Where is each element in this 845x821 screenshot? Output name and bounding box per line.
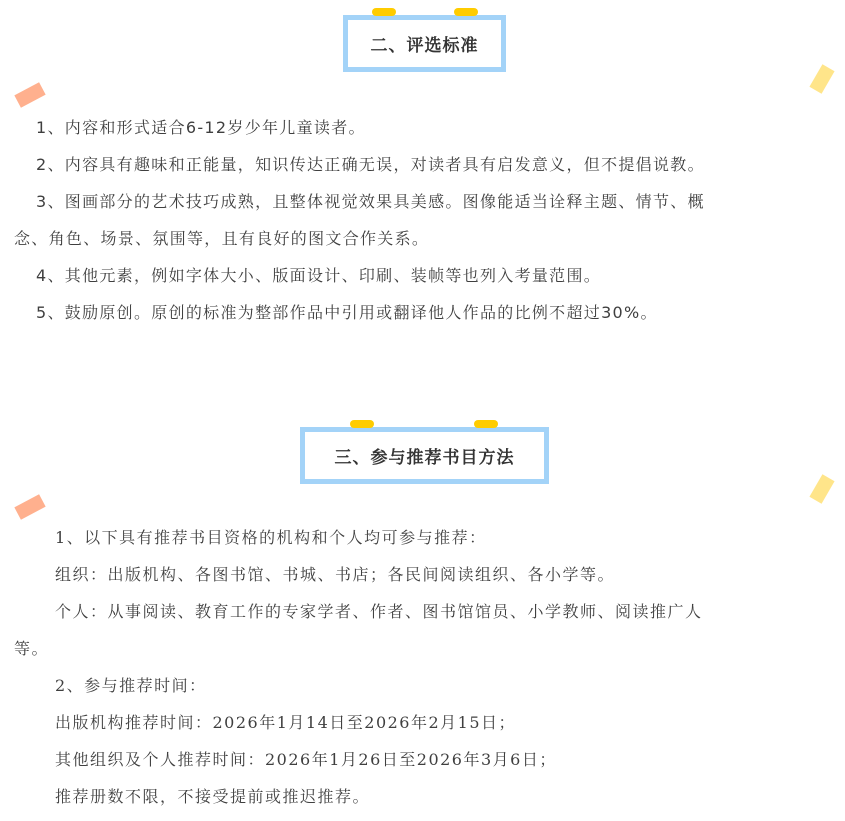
method-organizations: 组织：出版机构、各图书馆、书城、书店；各民间阅读组织、各小学等。 <box>14 556 835 593</box>
orange-tape-decoration <box>14 82 45 108</box>
criteria-item-3: 3、图画部分的艺术技巧成熟，且整体视觉效果具美感。图像能适当诠释主题、情节、概 <box>14 183 835 220</box>
section-title-box-3: 三、参与推荐书目方法 <box>300 427 549 484</box>
yellow-tape-decoration <box>809 64 834 94</box>
orange-tape-decoration <box>14 494 45 520</box>
criteria-item-3-cont: 念、角色、场景、氛围等，且有良好的图文合作关系。 <box>14 220 835 257</box>
section-title-box-2: 二、评选标准 <box>343 15 506 72</box>
others-time: 其他组织及个人推荐时间：2026年1月26日至2026年3月6日； <box>14 741 835 778</box>
section-title: 三、参与推荐书目方法 <box>335 443 515 468</box>
method-individuals: 个人：从事阅读、教育工作的专家学者、作者、图书馆馆员、小学教师、阅读推广人 <box>14 593 835 630</box>
method-item-1: 1、以下具有推荐书目资格的机构和个人均可参与推荐： <box>14 519 835 556</box>
yellow-tab-decoration <box>454 8 478 16</box>
yellow-tab-decoration <box>350 420 374 428</box>
section-title: 二、评选标准 <box>371 31 479 56</box>
volume-note: 推荐册数不限，不接受提前或推迟推荐。 <box>14 778 835 815</box>
criteria-item-2: 2、内容具有趣味和正能量，知识传达正确无误，对读者具有启发意义，但不提倡说教。 <box>14 146 835 183</box>
yellow-tab-decoration <box>372 8 396 16</box>
criteria-item-4: 4、其他元素，例如字体大小、版面设计、印刷、装帧等也列入考量范围。 <box>14 257 835 294</box>
paragraph: 1、以下具有推荐书目资格的机构和个人均可参与推荐： 组织：出版机构、各图书馆、书… <box>14 519 835 815</box>
paragraph: 1、内容和形式适合6-12岁少年儿童读者。 2、内容具有趣味和正能量，知识传达正… <box>14 109 835 331</box>
publisher-time: 出版机构推荐时间：2026年1月14日至2026年2月15日； <box>14 704 835 741</box>
yellow-tape-decoration <box>809 474 834 504</box>
method-item-2: 2、参与推荐时间： <box>14 667 835 704</box>
criteria-item-5: 5、鼓励原创。原创的标准为整部作品中引用或翻译他人作品的比例不超过30%。 <box>14 294 835 331</box>
criteria-item-1: 1、内容和形式适合6-12岁少年儿童读者。 <box>14 109 835 146</box>
yellow-tab-decoration <box>474 420 498 428</box>
method-individuals-cont: 等。 <box>14 630 835 667</box>
